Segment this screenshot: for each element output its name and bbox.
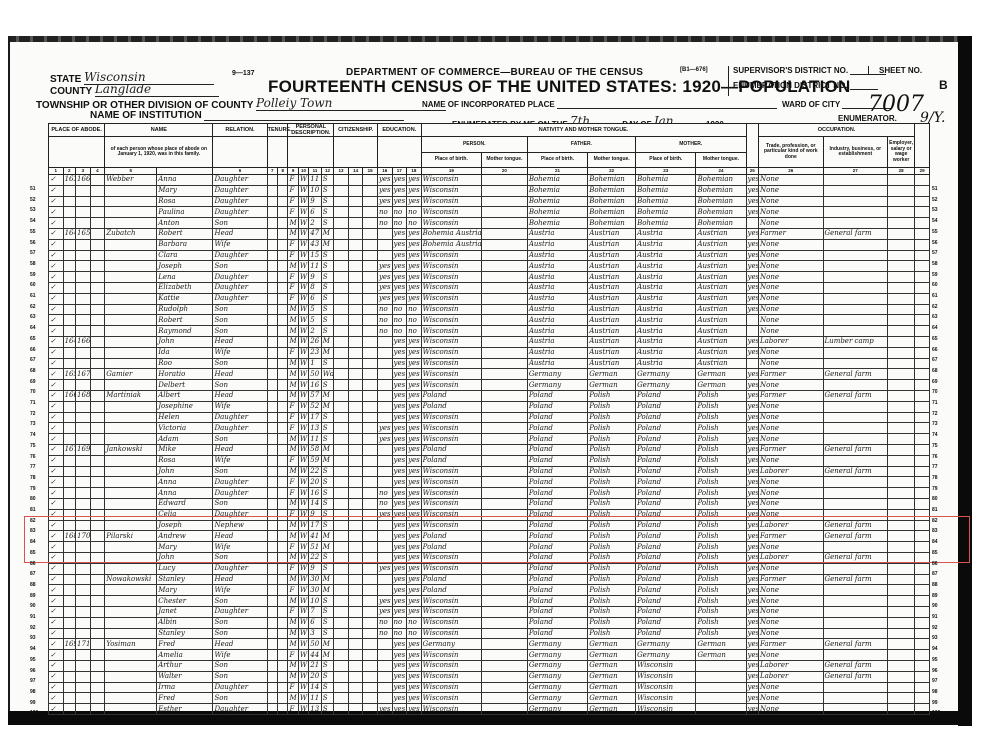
cell-sex: M [288, 499, 298, 510]
line-number: 69 [932, 379, 938, 385]
cell-relation: Daughter [213, 272, 267, 283]
cell-birthplace: Wisconsin [421, 337, 481, 348]
cell-english: yes [746, 412, 758, 423]
cell-mortgage [278, 552, 288, 563]
cell-mother-tongue: Polish [696, 509, 746, 520]
cell-spare [90, 466, 105, 477]
cell-farm-schedule [915, 283, 930, 294]
cell-read: yes [392, 574, 407, 585]
col-father-birth: Place of birth. [527, 152, 587, 168]
cell-immigration-year [334, 671, 349, 682]
cell-father-birthplace: Poland [527, 477, 587, 488]
cell-immigration-year [334, 196, 349, 207]
cell-father-birthplace: Poland [527, 434, 587, 445]
cell-spare [90, 585, 105, 596]
table-row: ✓164165ZubatchRobertHeadMW47MyesyesBohem… [49, 229, 930, 240]
cell-dwelling [63, 207, 75, 218]
cell-home-owned [267, 434, 277, 445]
cell-dwelling [63, 563, 75, 574]
cell-age: 10 [309, 185, 321, 196]
cell-write: yes [407, 704, 422, 715]
cell-farm-schedule [915, 596, 930, 607]
cell-birthplace: Wisconsin [421, 606, 481, 617]
cell-trade: None [758, 175, 823, 186]
cell-naturalization-year [363, 574, 378, 585]
cell-line-check: ✓ [49, 304, 64, 315]
cell-industry: General farm [823, 574, 888, 585]
cell-school [377, 358, 392, 369]
cell-birthplace: Wisconsin [421, 185, 481, 196]
cell-english: yes [746, 250, 758, 261]
cell-given-name: Raymond [157, 326, 213, 337]
line-number: 78 [30, 475, 36, 481]
line-number: 98 [932, 689, 938, 695]
cell-spare [90, 358, 105, 369]
cell-marital: S [321, 185, 334, 196]
cell-age: 3 [309, 628, 321, 639]
cell-father-tongue: Polish [588, 423, 636, 434]
cell-birthplace: Wisconsin [421, 293, 481, 304]
line-number: 78 [932, 475, 938, 481]
cell-farm-schedule [915, 455, 930, 466]
line-number: 84 [932, 539, 938, 545]
cell-line-check: ✓ [49, 671, 64, 682]
cell-family [76, 693, 91, 704]
cell-read: no [392, 326, 407, 337]
cell-marital: S [321, 261, 334, 272]
cell-school: no [377, 326, 392, 337]
cell-industry: General farm [823, 391, 888, 402]
cell-surname [105, 693, 157, 704]
cell-immigration-year [334, 229, 349, 240]
census-rows: ✓163166WebberAnnaDaughterFW11SyesyesyesW… [49, 175, 930, 715]
cell-read: no [392, 304, 407, 315]
cell-write: yes [407, 272, 422, 283]
line-number: 68 [932, 368, 938, 374]
cell-dwelling: 165 [63, 369, 75, 380]
cell-spare [90, 250, 105, 261]
table-row: ✓RosaWifeFW59MyesyesPolandPolandPolishPo… [49, 455, 930, 466]
cell-immigration-year [334, 628, 349, 639]
table-row: ✓ChesterSonMW10SyesyesyesWisconsinPoland… [49, 596, 930, 607]
cell-surname: Yosiman [105, 639, 157, 650]
cell-industry [823, 272, 888, 283]
cell-english: yes [746, 574, 758, 585]
cell-mortgage [278, 185, 288, 196]
cell-write: yes [407, 229, 422, 240]
cell-naturalized [348, 185, 363, 196]
cell-mother-tongue: Austrian [696, 229, 746, 240]
cell-given-name: Edward [157, 499, 213, 510]
cell-write: yes [407, 671, 422, 682]
cell-sex: M [288, 261, 298, 272]
cell-trade: None [758, 326, 823, 337]
cell-given-name: Kattie [157, 293, 213, 304]
cell-spare [90, 682, 105, 693]
cell-family [76, 509, 91, 520]
cell-employer [888, 466, 915, 477]
cell-industry [823, 326, 888, 337]
cell-family [76, 660, 91, 671]
cell-marital: S [321, 380, 334, 391]
table-row: ✓CeliaDaughterFW9SyesyesyesWisconsinPola… [49, 509, 930, 520]
cell-industry [823, 434, 888, 445]
column-number: 29 [915, 168, 930, 175]
column-number: 15 [363, 168, 378, 175]
cell-spare [90, 412, 105, 423]
cell-write: yes [407, 466, 422, 477]
cell-mortgage [278, 585, 288, 596]
cell-read: yes [392, 682, 407, 693]
cell-spare [90, 239, 105, 250]
col-farm-schedule [915, 124, 930, 168]
cell-birthplace: Wisconsin [421, 272, 481, 283]
col-english [746, 124, 758, 168]
cell-employer [888, 272, 915, 283]
cell-father-birthplace: Poland [527, 520, 587, 531]
cell-tongue [482, 585, 528, 596]
cell-trade: None [758, 304, 823, 315]
cell-age: 17 [309, 412, 321, 423]
cell-industry [823, 185, 888, 196]
cell-immigration-year [334, 380, 349, 391]
cell-trade: None [758, 596, 823, 607]
cell-birthplace: Wisconsin [421, 218, 481, 229]
col-mother-tongue: Mother tongue. [696, 152, 746, 168]
cell-age: 47 [309, 229, 321, 240]
line-number: 89 [30, 593, 36, 599]
cell-family [76, 207, 91, 218]
cell-trade: Laborer [758, 337, 823, 348]
cell-race: W [298, 542, 308, 553]
cell-family [76, 617, 91, 628]
cell-line-check: ✓ [49, 466, 64, 477]
cell-race: W [298, 520, 308, 531]
cell-mother-birthplace: Austria [636, 272, 696, 283]
cell-surname [105, 520, 157, 531]
cell-naturalized [348, 283, 363, 294]
cell-write: no [407, 315, 422, 326]
column-number: 3 [76, 168, 91, 175]
cell-sex: F [288, 488, 298, 499]
table-row: ✓RaymondSonMW2SnononoWisconsinAustriaAus… [49, 326, 930, 337]
cell-write: yes [407, 552, 422, 563]
cell-age: 50 [309, 639, 321, 650]
cell-age: 41 [309, 531, 321, 542]
table-row: ✓HelenDaughterFW17SyesyesWisconsinPoland… [49, 412, 930, 423]
table-row: ✓JohnSonMW22SyesyesWisconsinPolandPolish… [49, 552, 930, 563]
cell-mother-tongue: Polish [696, 455, 746, 466]
cell-given-name: Mary [157, 542, 213, 553]
cell-naturalization-year [363, 542, 378, 553]
cell-marital: S [321, 315, 334, 326]
cell-race: W [298, 660, 308, 671]
cell-given-name: Anna [157, 477, 213, 488]
column-number: 1 [49, 168, 64, 175]
cell-naturalization-year [363, 466, 378, 477]
cell-tongue [482, 250, 528, 261]
cell-school [377, 391, 392, 402]
cell-birthplace: Poland [421, 391, 481, 402]
cell-school [377, 671, 392, 682]
cell-age: 59 [309, 455, 321, 466]
cell-relation: Daughter [213, 412, 267, 423]
cell-mortgage [278, 682, 288, 693]
cell-dwelling [63, 542, 75, 553]
cell-dwelling [63, 315, 75, 326]
cell-spare [90, 542, 105, 553]
cell-relation: Wife [213, 401, 267, 412]
cell-mortgage [278, 531, 288, 542]
cell-read: yes [392, 185, 407, 196]
cell-age: 6 [309, 293, 321, 304]
cell-marital: M [321, 347, 334, 358]
cell-relation: Daughter [213, 682, 267, 693]
cell-mortgage [278, 401, 288, 412]
cell-tongue [482, 477, 528, 488]
table-row: ✓167169JankowskiMikeHeadMW58MyesyesPolan… [49, 445, 930, 456]
cell-birthplace: Wisconsin [421, 596, 481, 607]
cell-farm-schedule [915, 628, 930, 639]
cell-relation: Wife [213, 585, 267, 596]
cell-english [746, 326, 758, 337]
cell-naturalized [348, 455, 363, 466]
cell-dwelling [63, 218, 75, 229]
cell-write: yes [407, 531, 422, 542]
cell-school: no [377, 207, 392, 218]
cell-birthplace: Wisconsin [421, 315, 481, 326]
cell-mother-tongue: Polish [696, 606, 746, 617]
cell-industry [823, 358, 888, 369]
enum-district-label: ENUMERATION DISTRICT NO. [733, 81, 848, 90]
cell-english: yes [746, 283, 758, 294]
cell-mother-birthplace: Austria [636, 261, 696, 272]
cell-employer [888, 423, 915, 434]
cell-tongue [482, 488, 528, 499]
cell-immigration-year [334, 585, 349, 596]
cell-write: no [407, 628, 422, 639]
column-number: 24 [696, 168, 746, 175]
column-number: 5 [105, 168, 157, 175]
cell-trade: None [758, 488, 823, 499]
cell-marital: M [321, 455, 334, 466]
cell-surname [105, 293, 157, 304]
line-number: 94 [30, 646, 36, 652]
cell-spare [90, 434, 105, 445]
cell-immigration-year [334, 283, 349, 294]
cell-mother-birthplace: Poland [636, 477, 696, 488]
cell-trade: None [758, 412, 823, 423]
cell-immigration-year [334, 326, 349, 337]
cell-immigration-year [334, 639, 349, 650]
cell-family: 167 [76, 369, 91, 380]
cell-english: yes [746, 380, 758, 391]
cell-dwelling: 163 [63, 175, 75, 186]
cell-line-check: ✓ [49, 531, 64, 542]
line-number: 76 [932, 454, 938, 460]
cell-naturalization-year [363, 423, 378, 434]
cell-mortgage [278, 412, 288, 423]
cell-farm-schedule [915, 250, 930, 261]
cell-father-birthplace: Austria [527, 250, 587, 261]
line-number: 56 [932, 240, 938, 246]
cell-mortgage [278, 639, 288, 650]
cell-tongue [482, 596, 528, 607]
cell-naturalized [348, 304, 363, 315]
line-number: 58 [30, 261, 36, 267]
cell-age: 26 [309, 337, 321, 348]
cell-mortgage [278, 466, 288, 477]
cell-read: yes [392, 477, 407, 488]
cell-naturalized [348, 466, 363, 477]
cell-immigration-year [334, 412, 349, 423]
cell-family [76, 574, 91, 585]
cell-father-birthplace: Germany [527, 660, 587, 671]
cell-given-name: Stanley [157, 574, 213, 585]
cell-naturalized [348, 563, 363, 574]
cell-mortgage [278, 250, 288, 261]
cell-immigration-year [334, 563, 349, 574]
cell-spare [90, 380, 105, 391]
cell-naturalization-year [363, 596, 378, 607]
cell-line-check: ✓ [49, 401, 64, 412]
cell-mother-birthplace: Poland [636, 574, 696, 585]
cell-farm-schedule [915, 693, 930, 704]
census-table: PLACE OF ABODE. NAME RELATION. TENURE. P… [48, 123, 930, 715]
cell-employer [888, 585, 915, 596]
cell-mother-tongue: Polish [696, 585, 746, 596]
cell-father-birthplace: Germany [527, 369, 587, 380]
table-row: ✓RosaDaughterFW9SyesyesyesWisconsinBohem… [49, 196, 930, 207]
cell-spare [90, 606, 105, 617]
cell-farm-schedule [915, 477, 930, 488]
cell-employer [888, 445, 915, 456]
cell-father-birthplace: Germany [527, 671, 587, 682]
cell-given-name: Ida [157, 347, 213, 358]
cell-sex: F [288, 563, 298, 574]
cell-surname: Gamier [105, 369, 157, 380]
cell-home-owned [267, 229, 277, 240]
cell-father-birthplace: Poland [527, 552, 587, 563]
cell-mortgage [278, 445, 288, 456]
cell-age: 14 [309, 682, 321, 693]
line-number: 81 [932, 507, 938, 513]
cell-naturalization-year [363, 315, 378, 326]
cell-mortgage [278, 380, 288, 391]
cell-trade: None [758, 250, 823, 261]
cell-surname [105, 380, 157, 391]
cell-immigration-year [334, 617, 349, 628]
line-number: 63 [30, 314, 36, 320]
cell-age: 21 [309, 660, 321, 671]
table-row: ✓ElizabethDaughterFW8SyesyesyesWisconsin… [49, 283, 930, 294]
cell-farm-schedule [915, 704, 930, 715]
cell-relation: Son [213, 380, 267, 391]
cell-english: yes [746, 531, 758, 542]
cell-read: yes [392, 229, 407, 240]
line-number: 68 [30, 368, 36, 374]
cell-employer [888, 704, 915, 715]
table-row: ✓WalterSonMW20SyesyesWisconsinGermanyGer… [49, 671, 930, 682]
cell-read: yes [392, 660, 407, 671]
cell-mortgage [278, 509, 288, 520]
table-row: ✓MaryDaughterFW10SyesyesyesWisconsinBohe… [49, 185, 930, 196]
cell-marital: S [321, 606, 334, 617]
table-row: ✓JanetDaughterFW7SyesyesyesWisconsinPola… [49, 606, 930, 617]
cell-spare [90, 185, 105, 196]
cell-mother-birthplace: Bohemia [636, 196, 696, 207]
cell-naturalization-year [363, 326, 378, 337]
cell-mother-birthplace: Bohemia [636, 185, 696, 196]
cell-sex: F [288, 272, 298, 283]
line-number: 82 [30, 518, 36, 524]
cell-line-check: ✓ [49, 585, 64, 596]
cell-mother-birthplace: Austria [636, 283, 696, 294]
line-number: 85 [932, 550, 938, 556]
cell-naturalized [348, 660, 363, 671]
cell-father-tongue: Polish [588, 391, 636, 402]
cell-employer [888, 563, 915, 574]
cell-father-tongue: Bohemian [588, 207, 636, 218]
cell-given-name: Roo [157, 358, 213, 369]
cell-trade: None [758, 455, 823, 466]
cell-father-birthplace: Austria [527, 326, 587, 337]
cell-immigration-year [334, 175, 349, 186]
cell-given-name: Anna [157, 488, 213, 499]
cell-spare [90, 628, 105, 639]
line-number: 69 [30, 379, 36, 385]
cell-mortgage [278, 596, 288, 607]
cell-industry [823, 304, 888, 315]
table-row: ✓EdwardSonMW14SnoyesyesWisconsinPolandPo… [49, 499, 930, 510]
cell-father-birthplace: Germany [527, 650, 587, 661]
cell-naturalized [348, 693, 363, 704]
cell-employer [888, 628, 915, 639]
cell-line-check: ✓ [49, 196, 64, 207]
cell-naturalized [348, 369, 363, 380]
cell-mother-birthplace: Bohemia [636, 207, 696, 218]
cell-home-owned [267, 563, 277, 574]
cell-read: yes [392, 380, 407, 391]
cell-father-tongue: Polish [588, 596, 636, 607]
cell-english: yes [746, 304, 758, 315]
cell-mother-tongue: German [696, 380, 746, 391]
cell-industry: General farm [823, 531, 888, 542]
cell-dwelling [63, 272, 75, 283]
cell-industry [823, 380, 888, 391]
cell-age: 44 [309, 650, 321, 661]
cell-given-name: Mike [157, 445, 213, 456]
cell-farm-schedule [915, 520, 930, 531]
cell-father-tongue: Polish [588, 477, 636, 488]
cell-employer [888, 196, 915, 207]
cell-home-owned [267, 185, 277, 196]
cell-naturalization-year [363, 391, 378, 402]
cell-family: 168 [76, 391, 91, 402]
column-number: 14 [348, 168, 363, 175]
col-mother-birth: Place of birth. [636, 152, 696, 168]
cell-trade: None [758, 693, 823, 704]
cell-english: yes [746, 337, 758, 348]
cell-race: W [298, 326, 308, 337]
cell-school: no [377, 315, 392, 326]
cell-read: yes [392, 423, 407, 434]
cell-given-name: Joseph [157, 520, 213, 531]
cell-school [377, 531, 392, 542]
cell-industry: General farm [823, 229, 888, 240]
cell-employer [888, 380, 915, 391]
cell-trade: None [758, 509, 823, 520]
